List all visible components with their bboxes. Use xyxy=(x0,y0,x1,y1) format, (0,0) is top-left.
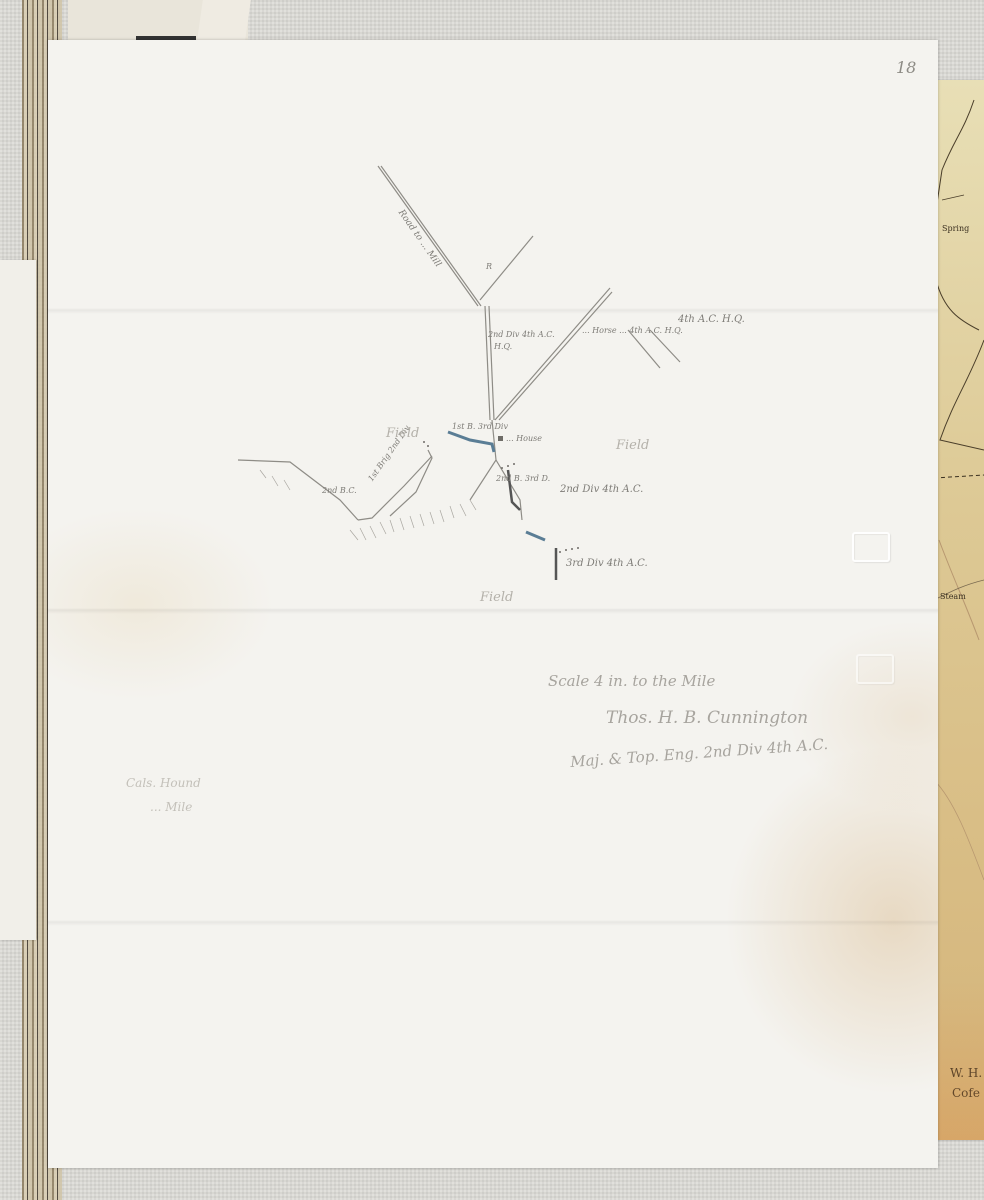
road-northeast xyxy=(495,288,610,420)
label-2nd-div-right: 2nd Div 4th A.C. xyxy=(560,484,643,495)
label-field-south: Field xyxy=(480,590,513,605)
roads xyxy=(238,166,680,520)
label-field-west: Field xyxy=(386,426,419,441)
label-2nd-brig-center: 2nd B. 3rd D. xyxy=(496,474,550,483)
road-to-mill xyxy=(378,166,478,306)
label-corps-hq: 4th A.C. H.Q. xyxy=(678,314,745,325)
signature: Thos. H. B. Cunnington xyxy=(606,708,808,728)
label-2nd-brig-left: 2nd B.C. xyxy=(322,486,357,495)
house-marker xyxy=(498,436,503,441)
label-field-east: Field xyxy=(616,438,649,453)
label-1st-brig: 1st B. 3rd Div xyxy=(452,422,508,431)
label-corps-line: ... Horse ... 4th A.C. H.Q. xyxy=(582,326,683,335)
label-branch: R xyxy=(486,262,492,271)
margin-note-2: ... Mile xyxy=(150,800,192,814)
label-house: ... House xyxy=(506,434,542,443)
scale-note: Scale 4 in. to the Mile xyxy=(548,672,715,690)
label-hq: H.Q. xyxy=(494,342,512,351)
margin-note-1: Cals. Hound xyxy=(126,776,201,790)
picket-dots xyxy=(423,441,579,553)
ridge-hachures xyxy=(260,470,476,540)
label-2nd-div-hq: 2nd Div 4th A.C. xyxy=(488,330,555,339)
breastworks xyxy=(448,432,545,540)
label-3rd-div: 3rd Div 4th A.C. xyxy=(566,558,648,569)
